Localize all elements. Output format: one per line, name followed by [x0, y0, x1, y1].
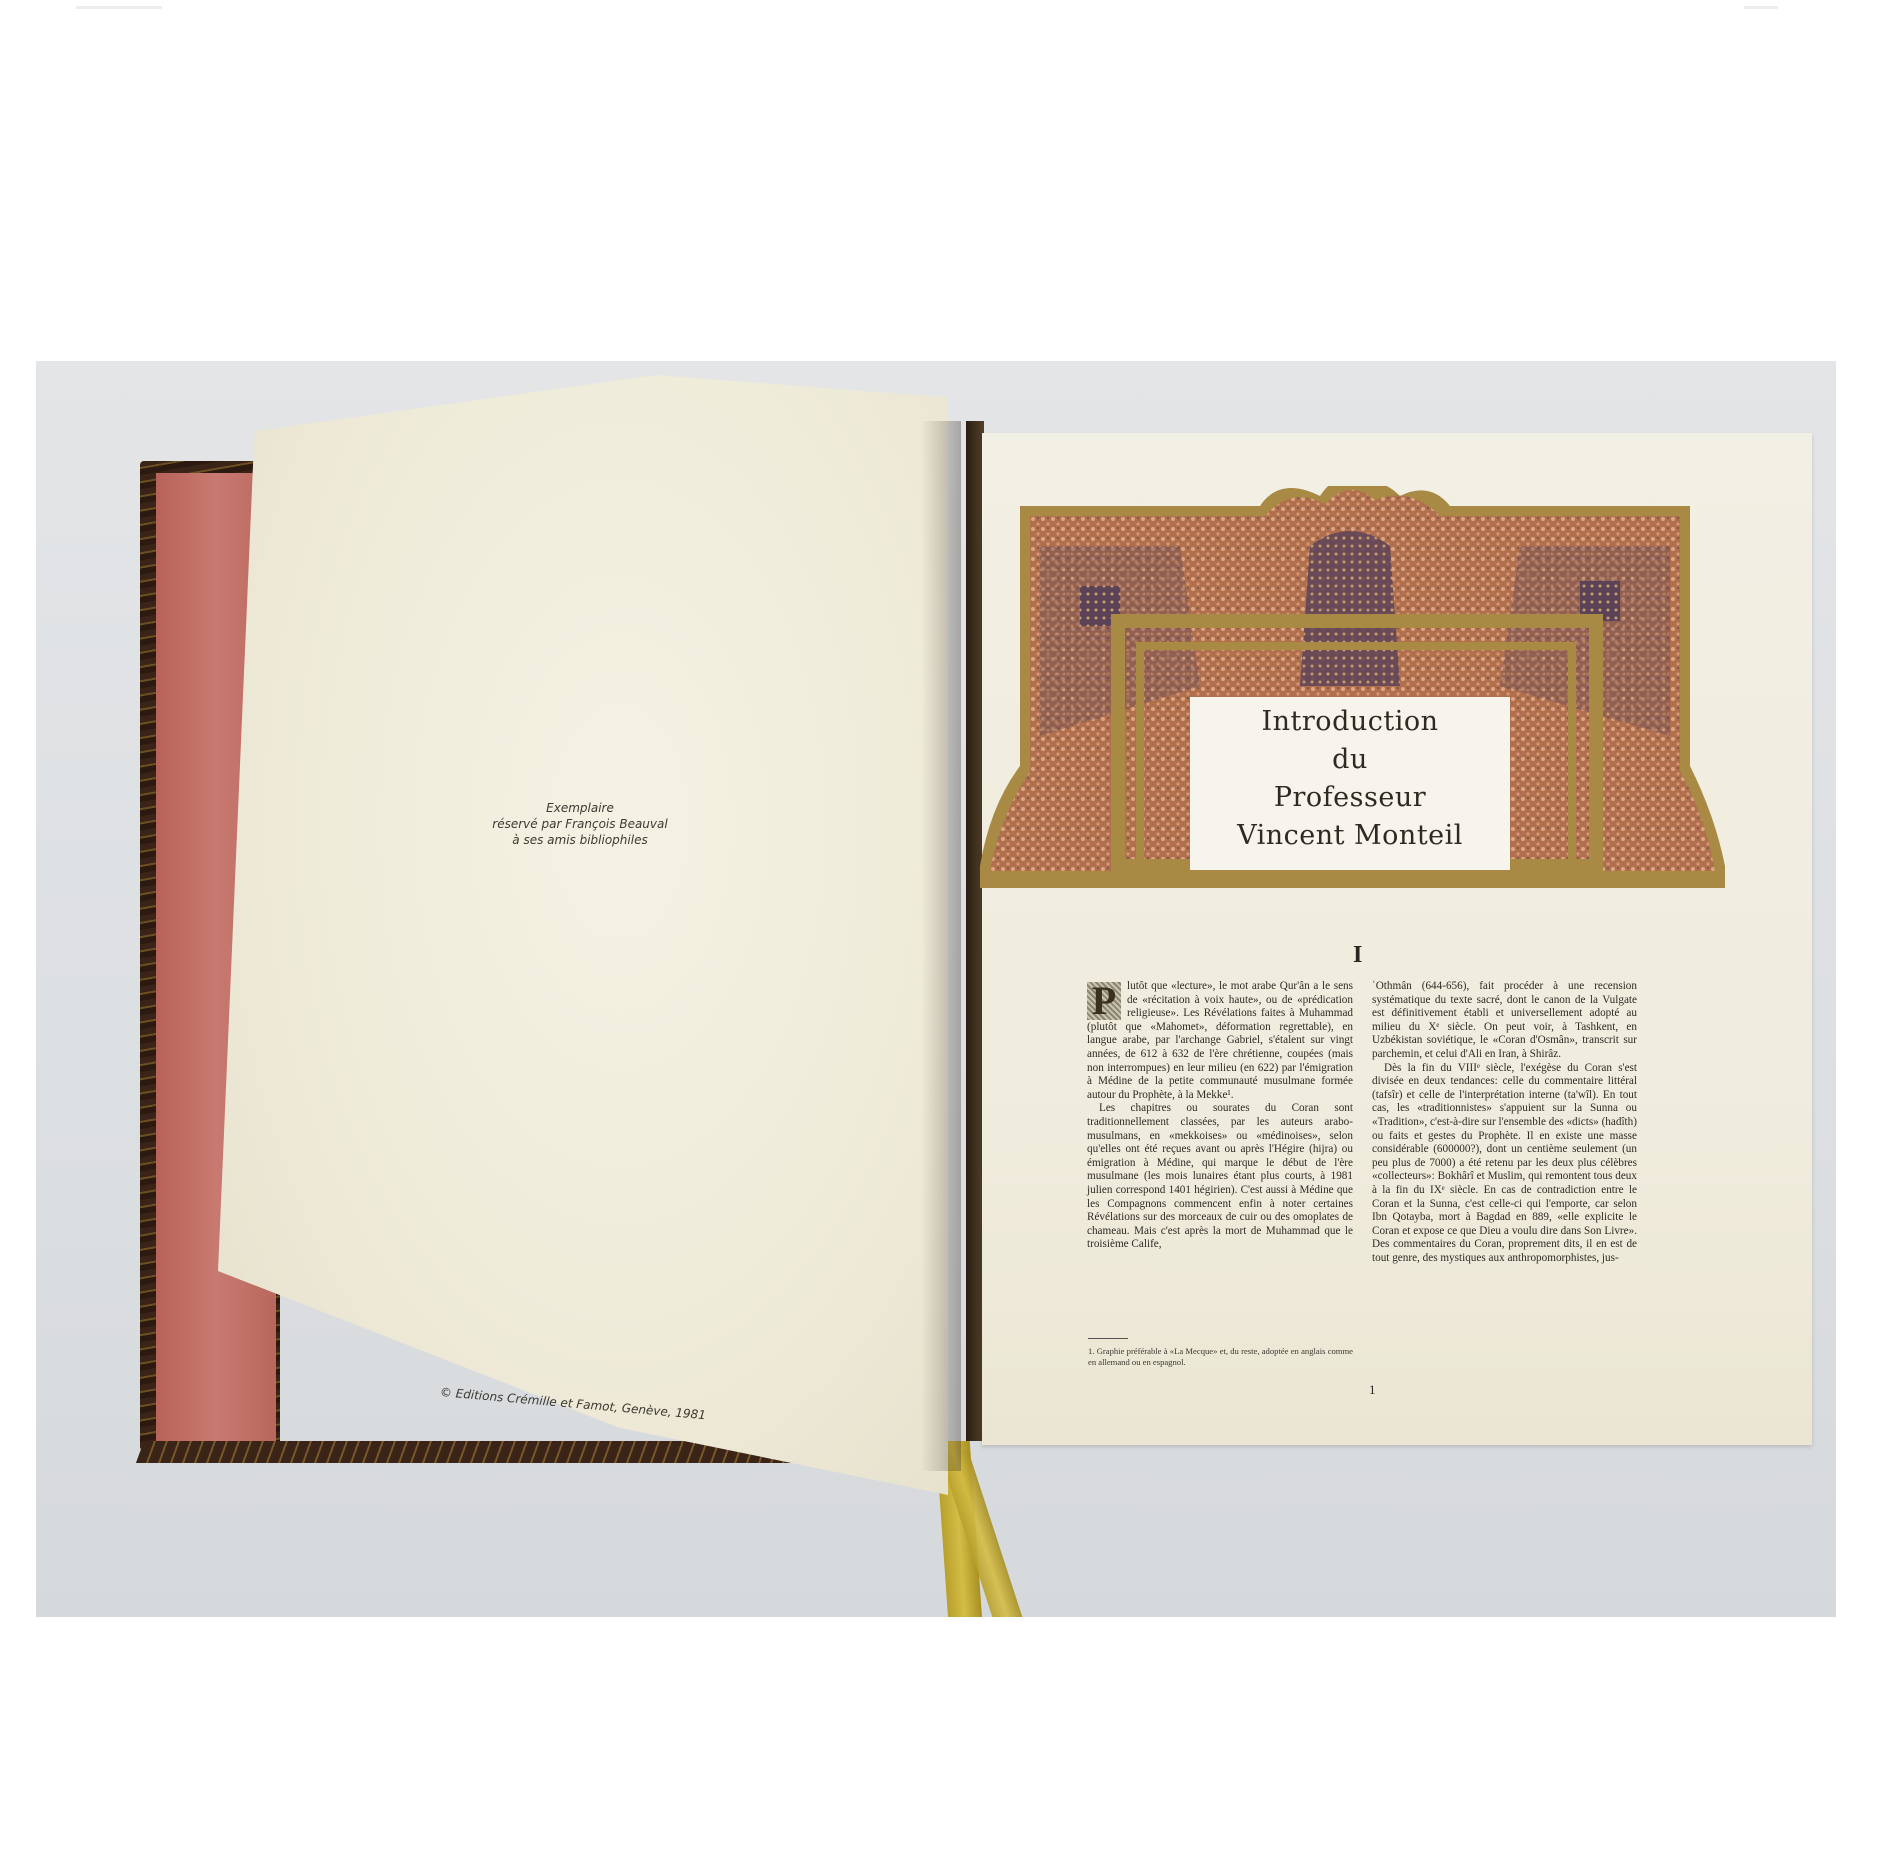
title-line-3: Professeur — [1190, 779, 1510, 817]
text-column-left: P lutôt que «lecture», le mot arabe Qur'… — [1087, 980, 1353, 1252]
illuminated-title-panel: Introduction du Professeur Vincent Monte… — [1190, 697, 1510, 870]
paragraph: Dès la fin du VIIIᵉ siècle, l'exégèse du… — [1372, 1062, 1637, 1266]
left-page-gutter-shadow — [921, 421, 961, 1471]
paragraph: lutôt que «lecture», le mot arabe Qur'ân… — [1087, 980, 1353, 1102]
page-number: 1 — [1369, 1382, 1376, 1398]
left-page — [218, 375, 948, 1495]
paragraph: Les chapitres ou sourates du Coran sont … — [1087, 1102, 1353, 1252]
top-edge-mark-left — [76, 6, 162, 9]
title-line-2: du — [1190, 741, 1510, 779]
footnote: 1. Graphie préférable à «La Mecque» et, … — [1088, 1346, 1353, 1368]
dedication-line-3: à ses amis bibliophiles — [440, 832, 720, 848]
footnote-divider — [1088, 1338, 1128, 1339]
dedication-text: Exemplaire réservé par François Beauval … — [440, 800, 720, 848]
chapter-number: I — [1353, 942, 1362, 969]
top-edge-mark-right — [1744, 6, 1778, 9]
drop-cap: P — [1087, 982, 1121, 1020]
dedication-line-2: réservé par François Beauval — [440, 816, 720, 832]
title-line-1: Introduction — [1190, 703, 1510, 741]
paragraph: ʿOthmân (644-656), fait procéder à une r… — [1372, 980, 1637, 1062]
text-column-right: ʿOthmân (644-656), fait procéder à une r… — [1372, 980, 1637, 1265]
title-line-4: Vincent Monteil — [1190, 817, 1510, 855]
dedication-line-1: Exemplaire — [440, 800, 720, 816]
